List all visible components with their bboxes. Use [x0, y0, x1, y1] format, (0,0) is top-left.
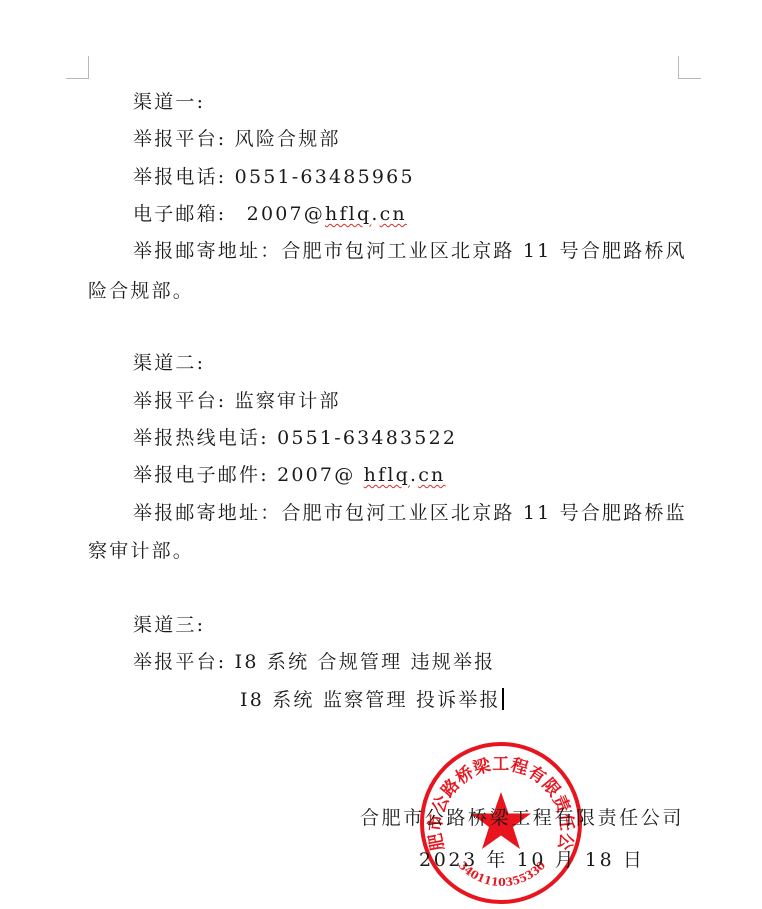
channel3-platform-line2: I8 系统 监察管理 投诉举报: [240, 688, 504, 712]
channel2-hotline-value: 0551-63483522: [277, 427, 457, 449]
channel3-platform-value-1: I8 系统 合规管理 违规举报: [235, 651, 496, 673]
signature-date: 2023 年 10 月 18 日: [419, 848, 645, 872]
channel3-platform: 举报平台: I8 系统 合规管理 违规举报: [133, 650, 495, 674]
channel3-platform-label: 举报平台:: [133, 651, 226, 673]
channel1-email-tld: cn: [380, 203, 407, 225]
channel2-email: 举报电子邮件: 2007@ hflq.cn: [133, 463, 446, 487]
channel1-email-label: 电子邮箱:: [133, 203, 226, 225]
channel2-hotline: 举报热线电话: 0551-63483522: [133, 426, 457, 450]
channel1-phone: 举报电话: 0551-63485965: [133, 165, 415, 189]
channel1-heading: 渠道一:: [133, 90, 205, 114]
channel1-phone-value: 0551-63485965: [235, 166, 415, 188]
svg-text:合肥市公路桥梁工程有限责任公司: 合肥市公路桥梁工程有限责任公司: [418, 740, 578, 852]
channel2-platform: 举报平台: 监察审计部: [133, 389, 341, 413]
channel2-hotline-label: 举报热线电话:: [133, 427, 269, 449]
channel1-email: 电子邮箱: 2007@hflq.cn: [133, 202, 407, 226]
channel1-address-line2: 险合规部。: [88, 279, 194, 303]
channel1-email-dot: .: [371, 203, 379, 225]
channel2-email-dot: .: [410, 464, 418, 486]
channel2-email-domain: hflq: [364, 464, 410, 486]
text-cursor: [502, 688, 504, 710]
page-corner-mark-left: [66, 56, 89, 79]
channel2-email-prefix: 2007@: [277, 464, 364, 486]
channel3-heading: 渠道三:: [133, 613, 205, 637]
channel1-email-prefix: 2007@: [247, 203, 325, 225]
channel1-platform-value: 风险合规部: [235, 128, 341, 150]
seal-arc-text: 合肥市公路桥梁工程有限责任公司: [418, 740, 578, 852]
channel1-platform: 举报平台: 风险合规部: [133, 127, 341, 151]
channel2-heading: 渠道二:: [133, 351, 205, 375]
channel1-address-line1: 举报邮寄地址：合肥市包河工业区北京路 11 号合肥路桥风: [133, 239, 687, 263]
channel2-platform-label: 举报平台:: [133, 390, 226, 412]
signature-company: 合肥市公路桥梁工程有限责任公司: [360, 806, 684, 830]
channel2-address-line2: 察审计部。: [88, 539, 194, 563]
channel1-platform-label: 举报平台:: [133, 128, 226, 150]
channel2-email-label: 举报电子邮件:: [133, 464, 269, 486]
channel2-platform-value: 监察审计部: [235, 390, 341, 412]
page-corner-mark-right: [678, 56, 701, 79]
channel3-platform-value-2: I8 系统 监察管理 投诉举报: [240, 689, 501, 711]
channel2-email-tld: cn: [418, 464, 445, 486]
channel1-email-domain: hflq: [325, 203, 371, 225]
channel2-address-line1: 举报邮寄地址：合肥市包河工业区北京路 11 号合肥路桥监: [133, 501, 687, 525]
channel1-phone-label: 举报电话:: [133, 166, 226, 188]
